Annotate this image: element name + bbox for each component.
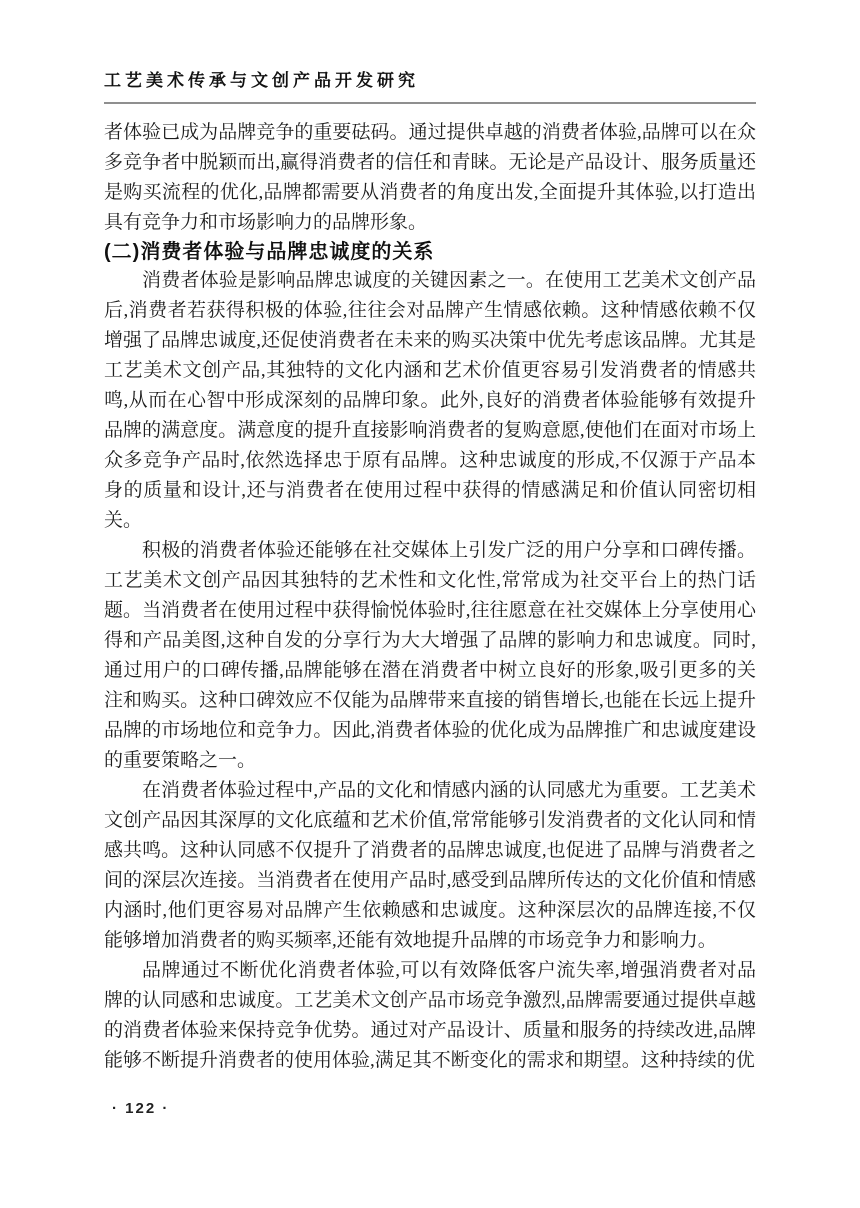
book-page: 工艺美术传承与文创产品开发研究 者体验已成为品牌竞争的重要砝码。通过提供卓越的消…: [0, 0, 860, 1208]
page-body-text: 者体验已成为品牌竞争的重要砝码。通过提供卓越的消费者体验,品牌可以在众多竞争者中…: [104, 118, 756, 1076]
running-header-rule: [104, 102, 756, 104]
running-header-title: 工艺美术传承与文创产品开发研究: [104, 70, 756, 92]
running-header: 工艺美术传承与文创产品开发研究: [104, 70, 756, 104]
page-number: · 122 ·: [112, 1100, 169, 1117]
body-paragraph: 在消费者体验过程中,产品的文化和情感内涵的认同感尤为重要。工艺美术文创产品因其深…: [104, 776, 756, 956]
body-paragraph: 品牌通过不断优化消费者体验,可以有效降低客户流失率,增强消费者对品牌的认同感和忠…: [104, 956, 756, 1076]
section-heading: (二)消费者体验与品牌忠诚度的关系: [104, 238, 756, 266]
continuation-paragraph: 者体验已成为品牌竞争的重要砝码。通过提供卓越的消费者体验,品牌可以在众多竞争者中…: [104, 118, 756, 238]
content-column: 工艺美术传承与文创产品开发研究 者体验已成为品牌竞争的重要砝码。通过提供卓越的消…: [104, 0, 756, 1076]
body-paragraph: 消费者体验是影响品牌忠诚度的关键因素之一。在使用工艺美术文创产品后,消费者若获得…: [104, 266, 756, 536]
body-paragraph: 积极的消费者体验还能够在社交媒体上引发广泛的用户分享和口碑传播。工艺美术文创产品…: [104, 536, 756, 776]
